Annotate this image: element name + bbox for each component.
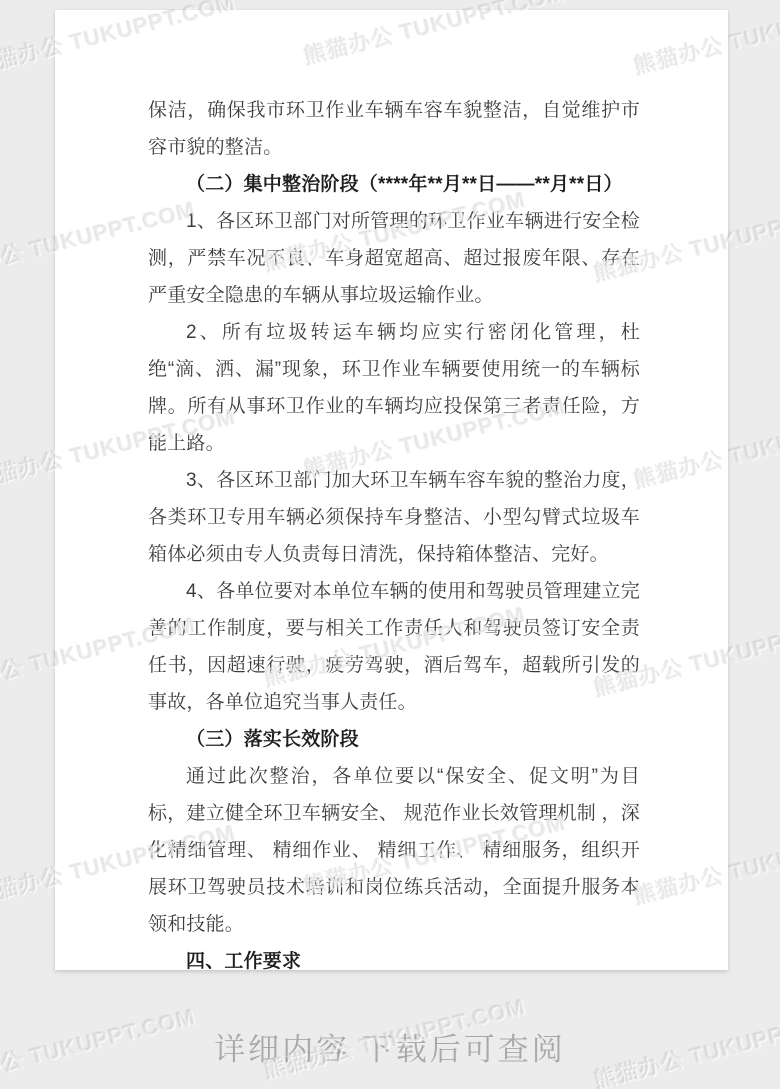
paragraph: 2、所有垃圾转运车辆均应实行密闭化管理，杜绝“滴、洒、漏”现象，环卫作业车辆要使… [148, 314, 640, 462]
paragraph: 通过此次整治，各单位要以“保安全、促文明”为目标，建立健全环卫车辆安全、 规范作… [148, 758, 640, 943]
paragraph: 4、各单位要对本单位车辆的使用和驾驶员管理建立完善的工作制度，要与相关工作责任人… [148, 573, 640, 721]
document-preview-canvas: 熊猫办公 TUKUPPT.COM 熊猫办公 TUKUPPT.COM 熊猫办公 T… [0, 0, 780, 1089]
document-page: 保洁，确保我市环卫作业车辆车容车貌整洁，自觉维护市容市貌的整洁。 （二）集中整治… [55, 10, 728, 970]
section-heading: 四、工作要求 [148, 943, 640, 980]
paragraph: 1、各区环卫部门对所管理的环卫作业车辆进行安全检测，严禁车况不良、车身超宽超高、… [148, 203, 640, 314]
paragraph: 保洁，确保我市环卫作业车辆车容车貌整洁，自觉维护市容市貌的整洁。 [148, 92, 640, 166]
paragraph: 3、各区环卫部门加大环卫车辆车容车貌的整治力度，各类环卫专用车辆必须保持车身整洁… [148, 462, 640, 573]
download-notice: 详细内容 下载后可查阅 [0, 1024, 780, 1069]
section-heading: （二）集中整治阶段（****年**月**日——**月**日） [148, 166, 640, 203]
document-body: 保洁，确保我市环卫作业车辆车容车貌整洁，自觉维护市容市貌的整洁。 （二）集中整治… [55, 10, 728, 980]
section-heading: （三）落实长效阶段 [148, 721, 640, 758]
